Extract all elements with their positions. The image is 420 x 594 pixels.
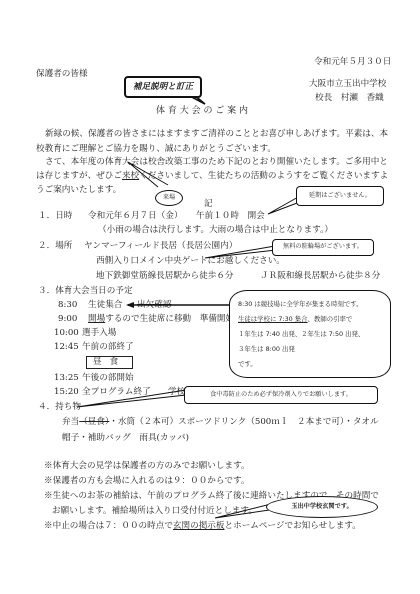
note-text: ※中止の場合は７：００の時点で [44, 521, 173, 531]
item-place-value: ヤンマーフィールド長居（長居公園内） [84, 242, 237, 251]
belongings-line2: 帽子・補助バッグ 雨具(カッパ) [62, 434, 189, 443]
school-name: 大阪市立玉出中学校 [309, 80, 386, 89]
callout-entrance: 玉出中学校玄関です。 [266, 496, 378, 518]
underlined-bulletin-board: 玄関の掲示板 [173, 521, 225, 531]
intro-line: 校教育にご理解とご協力を賜り、誠にありがとうございます。 [36, 145, 276, 154]
correction-stamp: 補足説明と訂正 [124, 76, 202, 98]
schedule-text: 午後の部開始 [82, 374, 134, 383]
schedule-text: 開場するので生徒席に移動 準備開始 [88, 315, 234, 324]
intro-text: は存じますが、ぜひご [36, 171, 122, 181]
item-schedule-label: ３．体育大会当日の予定 [38, 287, 133, 296]
item-place-line3a: 地下鉄御堂筋線長居駅から徒歩６分 [96, 272, 234, 281]
callout-text: 食中毒防止のため必ず保冷剤入りでお願いします。 [210, 392, 352, 398]
principal-name: 校長 村瀬 香織 [315, 94, 384, 103]
schedule-time: 15:20 [54, 388, 79, 397]
intro-line: さて、本年度の体育大会は校舎改築工事のため下記のとおり開催いたします。ご多用中と [45, 158, 388, 167]
callout-parking: 無料の駐輪場がございます。 [272, 239, 374, 256]
callout-line: です。 [238, 361, 257, 367]
callout-food: 食中毒防止のため必ず保冷剤入りでお願いします。 [184, 386, 378, 404]
item-date-note: （小雨の場合は決行します。大雨の場合は中止となります。） [98, 226, 333, 235]
callout-gathering: 8:30 は競技場に全学年が集まる時刻です。 生徒は学校に 7:30 集合、教師… [229, 290, 391, 378]
schedule-struck-text: 出欠確認 [137, 301, 171, 310]
callout-text: 無料の駐輪場がございます。 [283, 244, 363, 250]
belongings-line1: 弁当（昼食）・水筒（２本可）スポーツドリンク（500ｍｌ ２本まで可）・タオル [62, 418, 379, 427]
correction-stamp-label: 補足説明と訂正 [133, 83, 193, 92]
schedule-text: 選手入場 [82, 329, 116, 338]
underlined-word-kaijo: 開場 [88, 314, 105, 324]
schedule-text-rest: するので生徒席に移動 準備開始 [105, 314, 234, 324]
intro-text: くださいまして、生徒たちの活動のようすをご覧くださいますよ [139, 171, 388, 181]
callout-line: 生徒は学校に 7:30 集合、教師の引率で [238, 316, 352, 322]
schedule-time: 9:00 [58, 315, 77, 324]
schedule-time: 10:00 [54, 329, 79, 338]
item-date-value: 令和元年６月７日（金） [88, 212, 183, 221]
note-text: とホームページでお知らせします。 [225, 521, 361, 531]
note-line: ※保護者の方も会場に入れるのは９：００からです。 [44, 477, 249, 486]
document-title: 体 育 大 会 の ご 案 内 [156, 107, 248, 116]
recipient: 保護者の皆様 [36, 70, 88, 79]
callout-line: 8:30 は競技場に全学年が集まる時刻です。 [238, 301, 363, 307]
belongings-text: 弁当 [62, 417, 79, 427]
note-line: ※中止の場合は７：００の時点で玄関の掲示板とホームページでお知らせします。 [44, 522, 361, 531]
underlined-word-raiko: 来校 [122, 171, 139, 181]
document-date: 令和元年５月３０日 [314, 58, 391, 67]
schedule-time: 12:45 [54, 343, 79, 352]
schedule-time: 13:25 [54, 374, 79, 383]
note-line: ※体育大会の見学は保護者の方のみでお願いします。 [44, 462, 250, 471]
intro-line: は存じますが、ぜひご来校くださいまして、生徒たちの活動のようすをご覧くださいます… [36, 172, 388, 181]
schedule-time: 8:30 [58, 301, 77, 310]
callout-text: 延期はございません。 [309, 193, 371, 199]
ki-heading: 記 [204, 200, 213, 209]
callout-line: １年生は 7:40 出発、２年生は 7:50 出発、 [238, 331, 364, 337]
item-place-line3b: ＪＲ阪和線長居駅から徒歩８分 [260, 272, 380, 281]
note-line: お願いします。補給場所は入り口受付付近とします。 [52, 507, 257, 516]
callout-line: ３年生は 8:00 出発 [238, 346, 295, 352]
callout-raijo: 来場 [155, 190, 183, 206]
callout-text: 、教師の引率で [308, 315, 353, 323]
intro-line: 新緑の候、保護者の皆さまにはますますご清祥のこととお喜び申しあげます。平素は、本 [45, 130, 388, 139]
belongings-text: ・水筒（２本可）スポーツドリンク（500ｍｌ ２本まで可）・タオル [109, 417, 378, 427]
schedule-text: 午前の部終了 [82, 343, 134, 352]
item-date-time: 午前１０時 開会 [196, 212, 265, 221]
item-place-label: ２．場所 [38, 242, 72, 251]
item-date-label: １．日時 [38, 212, 72, 221]
lunch-box: 昼食 [86, 356, 133, 369]
schedule-text: 生徒集合 [88, 301, 122, 310]
item-place-line2: 西側入り口メイン中央ゲートにお越しください。 [96, 257, 285, 266]
callout-text: 来場 [163, 195, 175, 201]
intro-line: うご案内いたします。 [36, 186, 121, 195]
belongings-struck-text: （昼食） [79, 417, 109, 427]
callout-no-postpone: 延期はございません。 [296, 186, 384, 206]
callout-text: 玉出中学校玄関です。 [291, 504, 352, 510]
callout-underlined: 生徒は学校に 7:30 集合 [238, 315, 308, 323]
item-belongings-label: ４．持ち物 [38, 403, 81, 412]
